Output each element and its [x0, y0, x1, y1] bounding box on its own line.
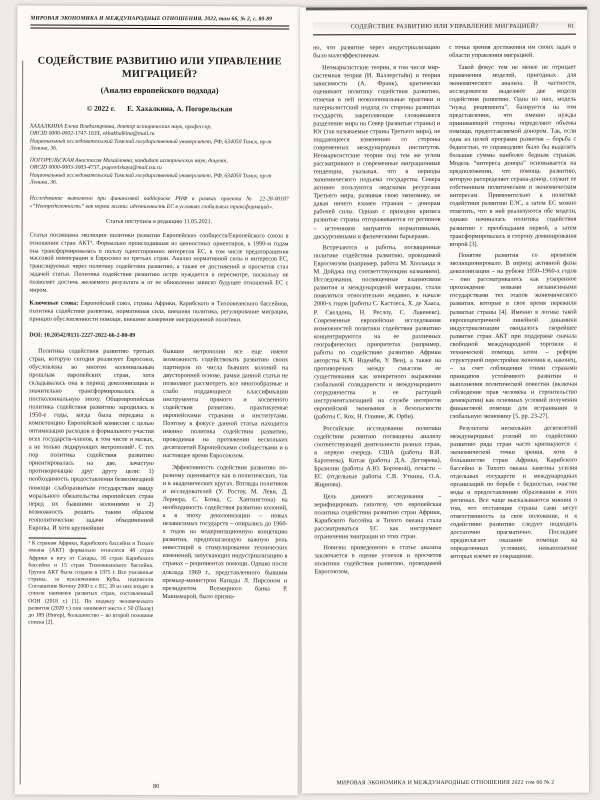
received-date: Статья поступила в редакцию 11.05.2021.	[30, 219, 289, 226]
header-double-rule	[30, 24, 289, 29]
page-81: СОДЕЙСТВИЕ РАЗВИТИЮ ИЛИ УПРАВЛЕНИЕ МИГРА…	[300, 7, 589, 794]
page-80: МИРОВАЯ ЭКОНОМИКА И МЕЖДУНАРОДНЫЕ ОТНОШЕ…	[15, 6, 301, 796]
authors-line: Е. Хахалкина, А. Погорельская	[127, 104, 232, 113]
column-1: Политика содействия развитию третьих стр…	[28, 347, 154, 627]
author1-university: Национальный исследовательский Томский г…	[30, 138, 289, 153]
page-number-81-header: 81	[568, 24, 574, 30]
column-1: но, что развитие через индустриализацию …	[313, 44, 441, 580]
author2-university: Национальный исследовательский Томский г…	[30, 172, 289, 187]
article-title: СОДЕЙСТВИЕ РАЗВИТИЮ ИЛИ УПРАВЛЕНИЕ МИГРА…	[34, 56, 285, 82]
paragraph: бывшие метрополии все еще имеют возможно…	[163, 348, 288, 461]
body-columns-right-page: но, что развитие через индустриализацию …	[313, 44, 577, 581]
keywords-label: Ключевые слова:	[29, 301, 78, 307]
paragraph: Политика содействия развитию третьих стр…	[29, 347, 155, 533]
running-head-right: СОДЕЙСТВИЕ РАЗВИТИЮ ИЛИ УПРАВЛЕНИЕ МИГРА…	[313, 24, 576, 31]
paragraph: Цель данного исследования – верифицирова…	[314, 493, 441, 542]
paragraph: Встречаются и работы, посвященные полити…	[314, 244, 441, 421]
abstract: Статья посвящена эволюции политики разви…	[29, 233, 288, 296]
paragraph: Неомарксистские теории, в том числе мир-…	[313, 64, 440, 241]
paragraph: Эффективность содействия развитию по-раз…	[162, 464, 287, 601]
footnote-text: ¹ К странам Африки, Карибского бассейна …	[28, 541, 153, 627]
copyright-year: © 2022 г.	[87, 104, 115, 113]
body-columns-left-page: Политика содействия развитию третьих стр…	[28, 347, 288, 627]
funding-note: Исследование выполнено при финансовой по…	[30, 196, 289, 211]
page-80-content: МИРОВАЯ ЭКОНОМИКА И МЕЖДУНАРОДНЫЕ ОТНОШЕ…	[15, 6, 301, 796]
paragraph: Результаты нескольких десятилетий междун…	[450, 424, 577, 561]
footnote-rule	[29, 537, 87, 538]
paragraph: Новизна приведенного в статье анализа за…	[314, 544, 441, 577]
column-2: бывшие метрополии все еще имеют возможно…	[162, 348, 288, 628]
page-number-80: 80	[15, 783, 298, 791]
byline: © 2022 г. Е. Хахалкина, А. Погорельская	[30, 104, 289, 114]
paragraph: Понятие развития со временем эволюционир…	[450, 252, 577, 421]
keywords: Ключевые слова: Европейский союз, страны…	[29, 301, 288, 325]
paragraph: Такой фокус тем не менее не отрицает при…	[449, 63, 576, 248]
page-81-content: СОДЕЙСТВИЕ РАЗВИТИЮ ИЛИ УПРАВЛЕНИЕ МИГРА…	[300, 7, 589, 794]
footnote-act: ¹ К странам Африки, Карибского бассейна …	[28, 541, 153, 627]
journal-spread: МИРОВАЯ ЭКОНОМИКА И МЕЖДУНАРОДНЫЕ ОТНОШЕ…	[0, 0, 600, 800]
article-subtitle: (Анализ европейского подхода)	[30, 86, 289, 96]
header-rule-right	[313, 34, 576, 36]
doi: DOI: 10.20542/0131-2227-2022-66-2-80-89	[29, 332, 288, 339]
running-head-right-wrap: СОДЕЙСТВИЕ РАЗВИТИЮ ИЛИ УПРАВЛЕНИЕ МИГРА…	[313, 22, 576, 32]
paragraph: с точки зрения достижения им своих задач…	[449, 44, 576, 60]
journal-footer: МИРОВАЯ ЭКОНОМИКА И МЕЖДУНАРОДНЫЕ ОТНОШЕ…	[302, 780, 589, 787]
column-2: с точки зрения достижения им своих задач…	[449, 44, 577, 580]
paragraph: Российские исследования политики содейст…	[314, 425, 441, 490]
paragraph: но, что развитие через индустриализацию …	[313, 44, 440, 60]
author-affiliations: ХАХАЛКИНА Елена Владимировна, доктор ист…	[30, 124, 289, 188]
running-head-left: МИРОВАЯ ЭКОНОМИКА И МЕЖДУНАРОДНЫЕ ОТНОШЕ…	[30, 16, 289, 23]
